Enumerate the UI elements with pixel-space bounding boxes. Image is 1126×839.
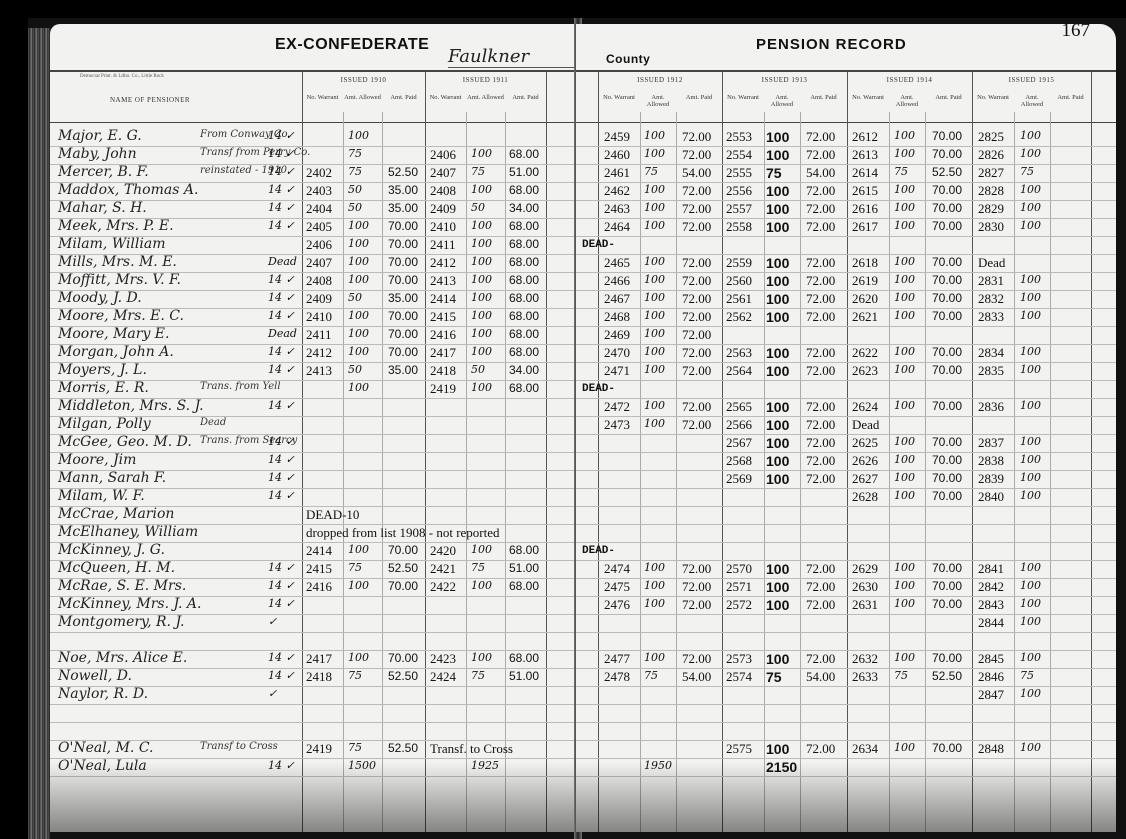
paid-1911: 68.00 [509,147,539,161]
warrant-1913: 2571 [726,579,752,595]
warrant-1915: 2839 [978,471,1004,487]
col-header: Amt. Paid [382,94,425,101]
allowed-1915: 100 [1020,399,1041,412]
col-header: Amt. Allowed [343,94,382,101]
group-header-1910: ISSUED 1910 [302,76,425,84]
allowed-1915: 100 [1020,435,1041,448]
paid-1910: 52.50 [388,669,418,683]
col-header: Amt. Allowed [640,94,676,108]
paid-1911: 68.00 [509,579,539,593]
warrant-1915: 2838 [978,453,1004,469]
paid-1913: 72.00 [806,741,835,757]
paid-1911: 68.00 [509,543,539,557]
warrant-1914: 2619 [852,273,878,289]
allowed-1910: 100 [348,255,369,268]
warrant-1911: 2415 [430,309,456,325]
allowed-1910: 100 [348,579,369,592]
table-row: McQueen, H. M.14 ✓24157552.5024217551.00 [50,560,578,579]
table-row: Moore, Mrs. E. C.14 ✓241010070.002415100… [50,308,578,327]
warrant-1911: 2418 [430,363,456,379]
warrant-1910: 2402 [306,165,332,181]
allowed-1914: 100 [894,453,915,466]
allowed-1912: 100 [644,579,665,592]
paid-1912: 72.00 [682,201,711,217]
warrant-1915: 2842 [978,579,1004,595]
allowed-1911: 100 [471,219,492,232]
col-header: Amt. Allowed [1014,94,1050,108]
table-row: Milam, W. F.14 ✓ [50,488,578,507]
table-row: McElhaney, Williamdropped from list 1908… [50,524,578,543]
paid-1913: 54.00 [806,165,835,181]
check-mark: 14 ✓ [268,183,295,196]
table-row [50,704,578,723]
paid-1910: 70.00 [388,273,418,287]
warrant-1911: 2417 [430,345,456,361]
paid-1910: 70.00 [388,543,418,557]
warrant-1910: 2407 [306,255,332,271]
col-header: No. Warrant [425,94,466,101]
warrant-1911: 2423 [430,651,456,667]
paid-1910: 35.00 [388,201,418,215]
allowed-1912: 75 [644,669,658,682]
allowed-1913: 100 [766,471,789,487]
check-mark: 14 ✓ [268,291,295,304]
pensioner-name: Morris, E. R. [58,380,149,396]
check-mark: ✓ [268,687,277,700]
paid-1913: 72.00 [806,417,835,433]
allowed-1912: 100 [644,561,665,574]
paid-1913: 72.00 [806,651,835,667]
table-row: Morgan, John A.14 ✓241210070.00241710068… [50,344,578,363]
table-row: O'Neal, Lula14 ✓15001925 [50,758,578,777]
paid-1912: 72.00 [682,183,711,199]
paid-1910: 70.00 [388,219,418,233]
allowed-1913: 100 [766,453,789,469]
paid-1914: 70.00 [932,435,962,449]
pensioner-name: Mann, Sarah F. [58,470,166,486]
allowed-1911: 100 [471,291,492,304]
allowed-1911: 75 [471,165,485,178]
warrant-1913: 2575 [726,741,752,757]
allowed-1911: 100 [471,345,492,358]
warrant-1910: DEAD-10 [306,507,359,523]
pensioner-name: Mills, Mrs. M. E. [58,254,177,270]
check-mark: 14 ✓ [268,201,295,214]
warrant-1912: 2477 [604,651,630,667]
allowed-1914: 100 [894,651,915,664]
paid-1911: 68.00 [509,255,539,269]
allowed-1913: 100 [766,309,789,325]
allowed-1912: 1950 [644,759,672,772]
col-header: No. Warrant [722,94,764,101]
allowed-1912: 100 [644,399,665,412]
warrant-1910: 2403 [306,183,332,199]
warrant-1913: 2569 [726,471,752,487]
allowed-1915: 75 [1020,669,1034,682]
col-header: No. Warrant [972,94,1014,101]
paid-1912: 54.00 [682,669,711,685]
printer-imprint: Democrat Print. & Litho. Co., Little Roc… [80,74,164,79]
check-mark: 14 ✓ [268,399,295,412]
warrant-1912: 2478 [604,669,630,685]
table-row [576,506,1116,525]
allowed-1910: 50 [348,291,362,304]
warrant-1913: 2554 [726,147,752,163]
warrant-1910: 2404 [306,201,332,217]
warrant-1915: 2835 [978,363,1004,379]
allowed-1912: 75 [644,165,658,178]
warrant-1914: 2633 [852,669,878,685]
table-row [576,704,1116,723]
warrant-1910: 2415 [306,561,332,577]
allowed-1915: 100 [1020,651,1041,664]
allowed-1913: 100 [766,579,789,595]
allowed-1915: 100 [1020,291,1041,304]
warrant-1914: 2621 [852,309,878,325]
pensioner-name: Major, E. G. [58,128,142,144]
paid-1914: 70.00 [932,651,962,665]
warrant-1914: 2632 [852,651,878,667]
paid-1912: 72.00 [682,327,711,343]
warrant-1915: 2844 [978,615,1004,631]
table-row: 246010072.00255410072.00261310070.002826… [576,146,1116,165]
allowed-1910: 100 [348,219,369,232]
warrant-1915: 2828 [978,183,1004,199]
warrant-1911: 2414 [430,291,456,307]
paid-1910: 70.00 [388,309,418,323]
warrant-1912: 2474 [604,561,630,577]
allowed-1911: 100 [471,651,492,664]
pensioner-note: Dead [200,417,226,428]
allowed-1910: 75 [348,561,362,574]
check-mark: 14 ✓ [268,489,295,502]
paid-1913: 72.00 [806,435,835,451]
allowed-1915: 100 [1020,615,1041,628]
paid-1910: 35.00 [388,363,418,377]
pensioner-name: Milgan, Polly [58,416,151,432]
paid-1911: 68.00 [509,309,539,323]
allowed-1910: 75 [348,165,362,178]
allowed-1910: 100 [348,381,369,394]
allowed-1911: 50 [471,201,485,214]
paid-1912: 54.00 [682,165,711,181]
warrant-1913: 2574 [726,669,752,685]
warrant-1913: 2561 [726,291,752,307]
allowed-1914: 100 [894,561,915,574]
paid-1914: 70.00 [932,309,962,323]
table-row: 246210072.00255610072.00261510070.002828… [576,182,1116,201]
warrant-1915: 2834 [978,345,1004,361]
page-title-left: EX-CONFEDERATE [275,36,429,54]
col-header: Amt. Paid [505,94,546,101]
allowed-1911: 100 [471,273,492,286]
pensioner-name: Middleton, Mrs. S. J. [58,398,204,414]
table-row [576,524,1116,543]
paid-1911: 34.00 [509,363,539,377]
allowed-1912: 100 [644,651,665,664]
pensioner-name: Milam, William [58,236,166,252]
allowed-1911: 100 [471,237,492,250]
paid-1910: 35.00 [388,291,418,305]
paid-1913: 72.00 [806,363,835,379]
pensioner-name: Milam, W. F. [58,488,145,504]
warrant-1914: 2625 [852,435,878,451]
pensioner-name: McKinney, Mrs. J. A. [58,596,201,612]
warrant-1911: 2421 [430,561,456,577]
allowed-1910: 50 [348,201,362,214]
paid-1911: 51.00 [509,561,539,575]
allowed-1912: 100 [644,147,665,160]
table-row: Meek, Mrs. P. E.14 ✓240510070.0024101006… [50,218,578,237]
col-header: Amt. Paid [676,94,722,101]
warrant-1914: 2617 [852,219,878,235]
check-mark: 14 ✓ [268,309,295,322]
allowed-1914: 100 [894,183,915,196]
table-row: McCrae, MarionDEAD-10 [50,506,578,525]
allowed-1914: 100 [894,291,915,304]
ledger-book: EX-CONFEDERATE Faulkner Democrat Print. … [28,18,1126,839]
warrant-1915: 2831 [978,273,1004,289]
allowed-1910: 100 [348,651,369,664]
group-header-1911: ISSUED 1911 [425,76,546,84]
group-header-1915: ISSUED 1915 [972,76,1091,84]
warrant-1912: 2465 [604,255,630,271]
table-row: Mahar, S. H.14 ✓24045035.0024095034.00 [50,200,578,219]
warrant-1914: 2627 [852,471,878,487]
paid-1913: 72.00 [806,183,835,199]
pensioner-name: McQueen, H. M. [58,560,175,576]
allowed-1911: 75 [471,669,485,682]
paid-1910: 70.00 [388,345,418,359]
warrant-1913: 2565 [726,399,752,415]
paid-1912: 72.00 [682,255,711,271]
allowed-1914: 100 [894,129,915,142]
table-row: Moyers, J. L.14 ✓24135035.0024185034.00 [50,362,578,381]
warrant-1915: 2833 [978,309,1004,325]
paid-1912: 72.00 [682,345,711,361]
table-row: Morris, E. R.Trans. from Yell10024191006… [50,380,578,399]
paid-1914: 70.00 [932,273,962,287]
paid-1914: 70.00 [932,291,962,305]
warrant-1914: 2622 [852,345,878,361]
book-binding [28,28,50,839]
warrant-1915: 2830 [978,219,1004,235]
table-row [576,632,1116,651]
paid-1914: 70.00 [932,471,962,485]
pensioner-name: Morgan, John A. [58,344,174,360]
paid-1911: 68.00 [509,183,539,197]
pensioner-note: Trans. from Yell [200,381,281,392]
table-row: Maddox, Thomas A.14 ✓24035035.0024081006… [50,182,578,201]
check-mark: 14 ✓ [268,435,295,448]
pensioner-name: Meek, Mrs. P. E. [58,218,174,234]
pensioner-name: Moore, Jim [58,452,136,468]
paid-1914: 70.00 [932,345,962,359]
warrant-1911: 2412 [430,255,456,271]
paid-1914: 52.50 [932,669,962,683]
warrant-1915: 2845 [978,651,1004,667]
check-mark: 14 ✓ [268,759,295,772]
warrant-1914: 2618 [852,255,878,271]
table-row: Moody, J. D.14 ✓24095035.00241410068.00 [50,290,578,309]
warrant-1911: 2413 [430,273,456,289]
paid-1912: 72.00 [682,291,711,307]
warrant-1915: 2837 [978,435,1004,451]
warrant-1915: 2846 [978,669,1004,685]
table-row: 262810070.002840100 [576,488,1116,507]
table-row: McKinney, J. G.241410070.00242010068.00 [50,542,578,561]
paid-1914: 70.00 [932,561,962,575]
allowed-1912: 100 [644,363,665,376]
check-mark: 14 ✓ [268,273,295,286]
pensioner-name: Montgomery, R. J. [58,614,184,630]
paid-1914: 70.00 [932,219,962,233]
allowed-1915: 100 [1020,453,1041,466]
allowed-1913: 2150 [766,759,797,775]
col-header: No. Warrant [598,94,640,101]
pensioner-name: McElhaney, William [58,524,198,540]
table-row [50,722,578,741]
warrant-1913: 2572 [726,597,752,613]
allowed-1914: 100 [894,399,915,412]
allowed-1914: 100 [894,147,915,160]
paid-1912: 72.00 [682,147,711,163]
check-mark: 14 ✓ [268,345,295,358]
allowed-1910: 100 [348,129,369,142]
allowed-1915: 100 [1020,687,1041,700]
allowed-1910: 75 [348,741,362,754]
allowed-1910: 100 [348,237,369,250]
allowed-1912: 100 [644,201,665,214]
paid-1912: 72.00 [682,129,711,145]
table-row [576,722,1116,741]
county-name: Faulkner [448,46,578,68]
paid-1913: 72.00 [806,147,835,163]
paid-1913: 72.00 [806,471,835,487]
warrant-1912: 2462 [604,183,630,199]
allowed-1914: 100 [894,489,915,502]
warrant-1913: 2555 [726,165,752,181]
table-row: 256810072.00262610070.002838100 [576,452,1116,471]
paid-1913: 72.00 [806,273,835,289]
allowed-1912: 100 [644,129,665,142]
table-row: Milam, William240610070.00241110068.00 [50,236,578,255]
paid-1913: 72.00 [806,201,835,217]
warrant-1915: 2836 [978,399,1004,415]
table-row: 245910072.00255310072.00261210070.002825… [576,128,1116,147]
dead-label: DEAD- [582,383,615,395]
header-bottom-rule [50,122,578,123]
allowed-1915: 100 [1020,579,1041,592]
table-row: Mills, Mrs. M. E.Dead240710070.002412100… [50,254,578,273]
check-mark: 14 ✓ [268,147,295,160]
pensioner-name: McRae, S. E. Mrs. [58,578,186,594]
warrant-1910: 2411 [306,327,332,343]
allowed-1913: 100 [766,183,789,199]
warrant-1912: 2472 [604,399,630,415]
paid-1911: 34.00 [509,201,539,215]
warrant-1913: 2563 [726,345,752,361]
table-row: DEAD- [576,236,1116,255]
warrant-1915: 2840 [978,489,1004,505]
allowed-1910: 100 [348,327,369,340]
paid-1912: 72.00 [682,363,711,379]
warrant-1914: Dead [852,417,879,433]
pensioner-name: Moore, Mrs. E. C. [58,308,184,324]
paid-1914: 70.00 [932,147,962,161]
allowed-1910: 75 [348,147,362,160]
warrant-1915: 2826 [978,147,1004,163]
warrant-1912: 2459 [604,129,630,145]
col-header: Amt. Allowed [889,94,925,108]
allowed-1913: 100 [766,345,789,361]
table-row: Middleton, Mrs. S. J.14 ✓ [50,398,578,417]
warrant-1913: 2558 [726,219,752,235]
allowed-1911: 100 [471,579,492,592]
table-row: Major, E. G.From Conway Co.14 ✓100 [50,128,578,147]
warrant-1913: 2567 [726,435,752,451]
table-row: 246610072.00256010072.00261910070.002831… [576,272,1116,291]
warrant-1915: 2841 [978,561,1004,577]
allowed-1915: 100 [1020,219,1041,232]
paid-1912: 72.00 [682,399,711,415]
paid-1911: 68.00 [509,291,539,305]
table-row: 247310072.00256610072.00Dead [576,416,1116,435]
pensioner-name: McGee, Geo. M. D. [58,434,192,450]
table-row: 246510072.00255910072.00261810070.00Dead [576,254,1116,273]
warrant-1914: 2624 [852,399,878,415]
table-row: Noe, Mrs. Alice E.14 ✓241710070.00242310… [50,650,578,669]
allowed-1911: 100 [471,543,492,556]
pensioner-name: Moore, Mary E. [58,326,169,342]
warrant-1910: 2406 [306,237,332,253]
pensioner-name: O'Neal, M. C. [58,740,153,756]
warrant-1910: 2409 [306,291,332,307]
col-header: No. Warrant [847,94,889,101]
paid-1914: 70.00 [932,579,962,593]
allowed-1915: 100 [1020,201,1041,214]
paid-1914: 70.00 [932,363,962,377]
warrant-1913: 2559 [726,255,752,271]
table-row: 246310072.00255710072.00261610070.002829… [576,200,1116,219]
table-row: O'Neal, M. C.Transf to Cross24197552.50T… [50,740,578,759]
table-row: Maby, JohnTransf from Perry Co.14 ✓75240… [50,146,578,165]
table-row: 24617554.0025557554.0026147552.50282775 [576,164,1116,183]
warrant-1912: 2467 [604,291,630,307]
check-mark: 14 ✓ [268,651,295,664]
right-page: County PENSION RECORD 167 ISSUED 1912 IS… [576,24,1116,832]
table-row: 19502150 [576,758,1116,777]
pensioner-name: Noe, Mrs. Alice E. [58,650,187,666]
allowed-1912: 100 [644,291,665,304]
pensioner-name: Mahar, S. H. [58,200,147,216]
warrant-1911: 2408 [430,183,456,199]
paid-1912: 72.00 [682,561,711,577]
col-header: Amt. Allowed [466,94,505,101]
allowed-1915: 100 [1020,273,1041,286]
allowed-1913: 100 [766,219,789,235]
warrant-1914: 2630 [852,579,878,595]
paid-1913: 72.00 [806,345,835,361]
table-row: Milgan, PollyDead [50,416,578,435]
paid-1912: 72.00 [682,273,711,289]
warrant-1910: dropped from list 1908 - not reported [306,525,500,541]
warrant-1912: 2469 [604,327,630,343]
allowed-1914: 100 [894,309,915,322]
paid-1912: 72.00 [682,579,711,595]
paid-1913: 72.00 [806,219,835,235]
warrant-1910: 2419 [306,741,332,757]
